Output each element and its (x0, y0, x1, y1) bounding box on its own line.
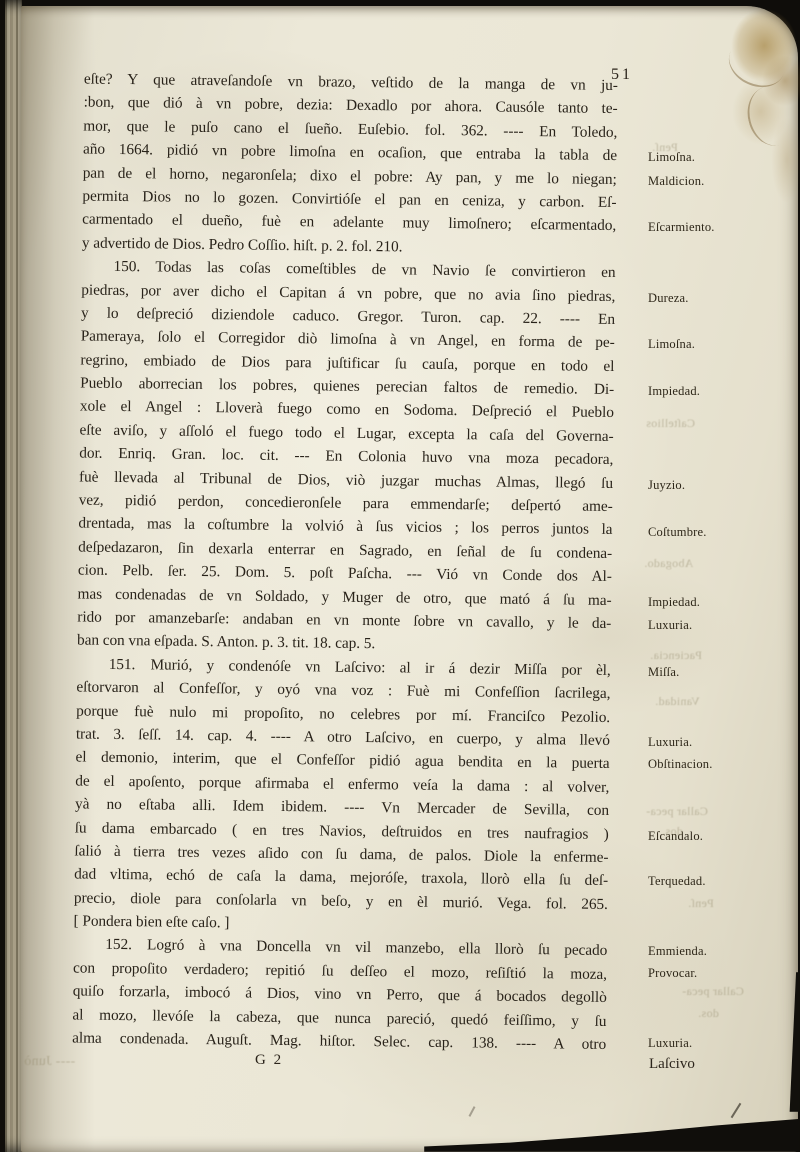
main-text: eſte? Y que atraveſandoſe vn brazo, veſt… (72, 68, 618, 1057)
margin-note: Limoſna. (648, 337, 695, 351)
margin-note: Limoſna. (648, 150, 695, 164)
margin-note: Maldicion. (648, 174, 705, 188)
catchword: Laſcivo (649, 1056, 695, 1073)
margin-note: Terquedad. (648, 874, 706, 888)
margin-note: Coſtumbre. (648, 525, 707, 539)
margin-note: Emmienda. (648, 944, 707, 958)
margin-note: Eſcandalo. (648, 829, 703, 843)
margin-note: Obſtinacion. (648, 757, 713, 771)
margin-note: Impiedad. (648, 595, 700, 609)
margin-note: Juyzio. (648, 478, 685, 492)
signature-mark: G 2 (255, 1052, 283, 1069)
book-page-photo: 51 eſte? Y que atraveſandoſe vn brazo, v… (0, 0, 800, 1152)
margin-note: Luxuria. (648, 735, 692, 749)
margin-note: Eſcarmiento. (648, 220, 715, 234)
binding-page-stack-edge (5, 0, 22, 1152)
margin-note: Impiedad. (648, 384, 700, 398)
margin-note: Provocar. (648, 966, 697, 980)
margin-note: Dureza. (648, 291, 689, 305)
margin-note: Miſſa. (648, 665, 679, 679)
margin-note: Luxuria. (648, 618, 692, 632)
margin-note: Luxuria. (648, 1036, 692, 1050)
